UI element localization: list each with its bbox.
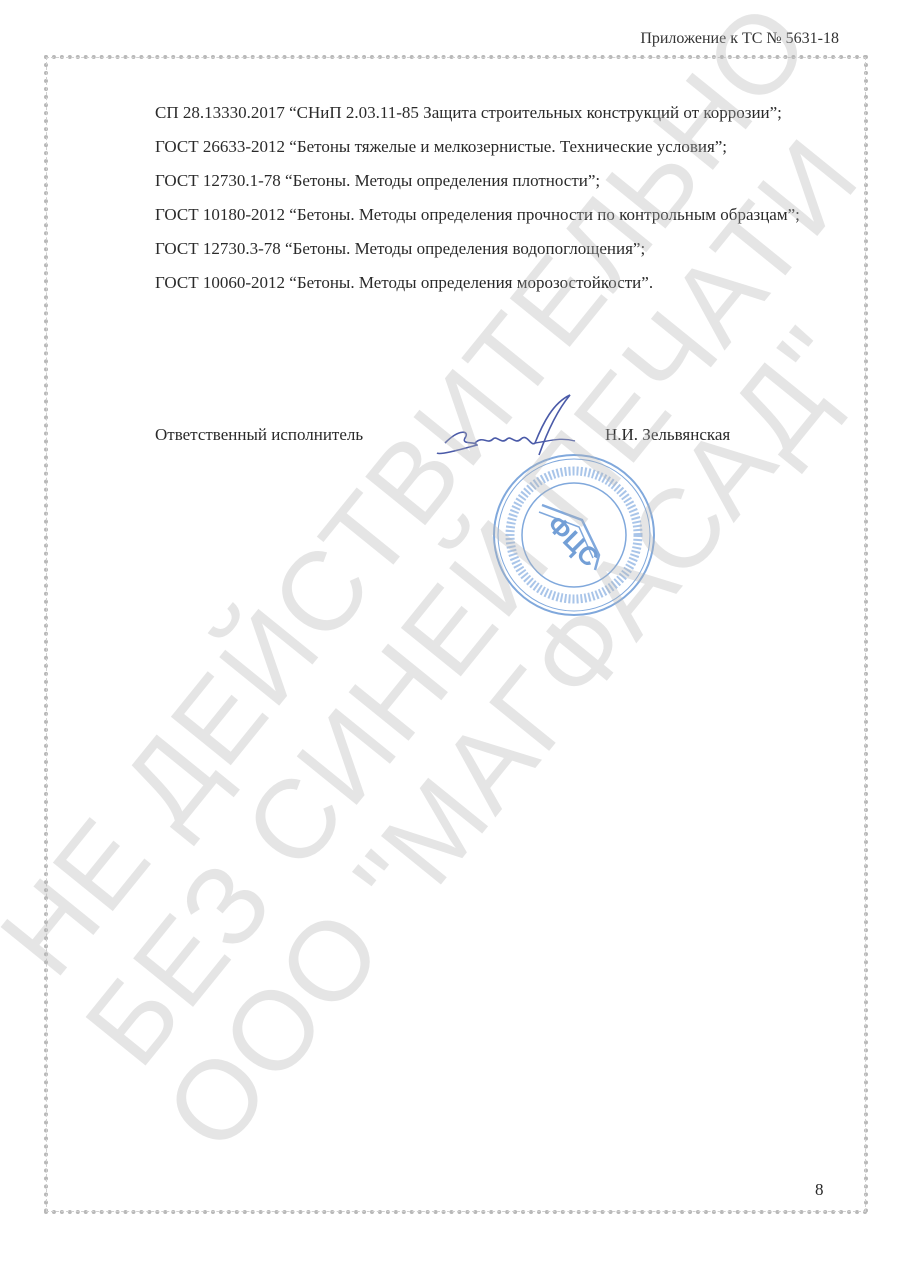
standard-item: ГОСТ 10180-2012 “Бетоны. Методы определе… [80,202,824,228]
standard-item: СП 28.13330.2017 “СНиП 2.03.11-85 Защита… [80,100,824,126]
standards-list: СП 28.13330.2017 “СНиП 2.03.11-85 Защита… [80,100,824,304]
standard-item: ГОСТ 12730.3-78 “Бетоны. Методы определе… [80,236,824,262]
standard-item: ГОСТ 12730.1-78 “Бетоны. Методы определе… [80,168,824,194]
signer-role: Ответственный исполнитель [155,425,363,445]
standard-item: ГОСТ 10060-2012 “Бетоны. Методы определе… [80,270,824,296]
appendix-label: Приложение к ТС № 5631-18 [640,30,839,48]
signer-name: Н.И. Зельвянская [605,425,730,445]
standard-item: ГОСТ 26633-2012 “Бетоны тяжелые и мелкоз… [80,134,824,160]
page-number: 8 [815,1180,824,1200]
stamp-seal: ФЦС [487,450,662,620]
signature-block: Ответственный исполнитель Н.И. Зельвянск… [155,425,795,455]
